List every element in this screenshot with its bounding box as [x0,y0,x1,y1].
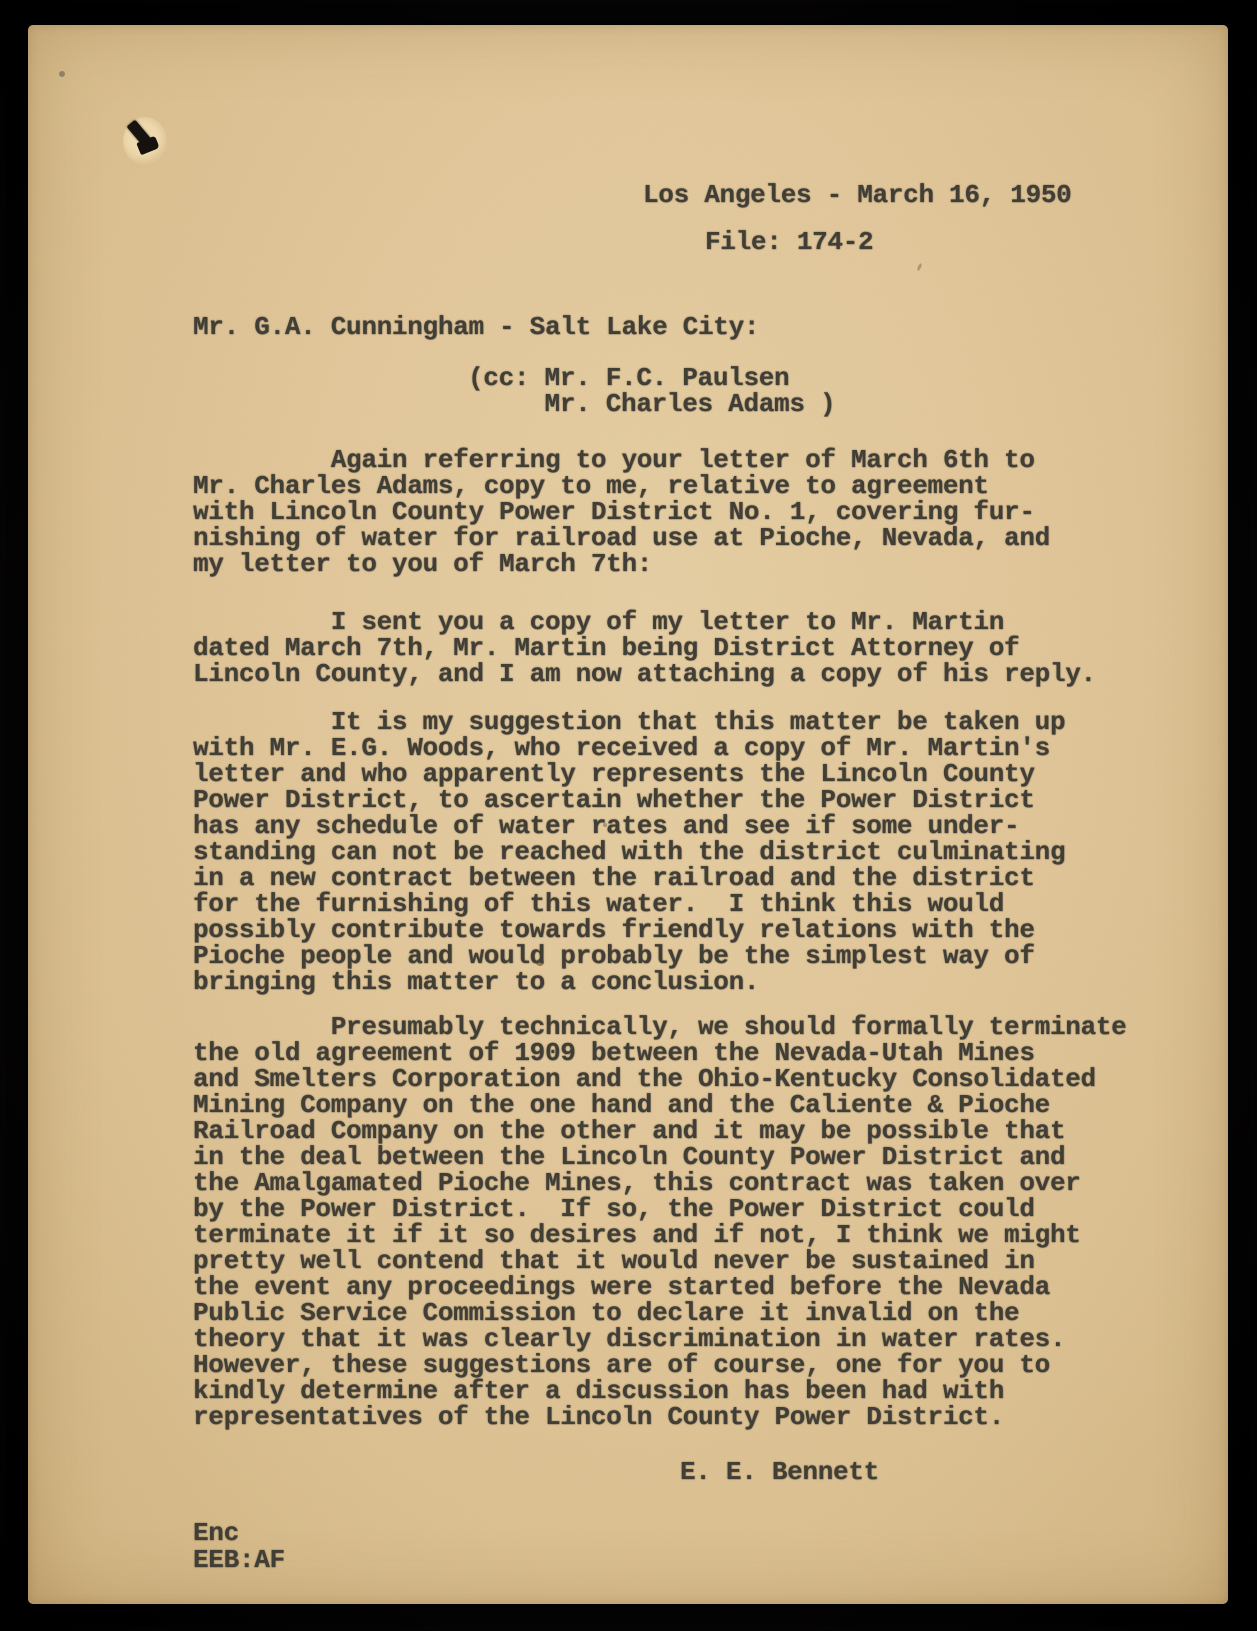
cc-block: (cc: Mr. F.C. Paulsen Mr. Charles Adams … [468,365,835,417]
body-paragraph-3: It is my suggestion that this matter be … [193,709,1065,995]
body-paragraph-4: Presumably technically, we should formal… [193,1014,1126,1430]
date-line: Los Angeles - March 16, 1950 [643,182,1071,208]
scan-background: Los Angeles - March 16, 1950 File: 174-2… [0,0,1257,1631]
addressee-line: Mr. G.A. Cunningham - Salt Lake City: [193,314,759,340]
enclosure-and-initials-block: Enc EEB:AF [193,1520,285,1574]
body-paragraph-2: I sent you a copy of my letter to Mr. Ma… [193,609,1096,687]
signature-line: E. E. Bennett [680,1459,879,1485]
paper-speck [916,263,922,272]
paper-speck [59,71,65,77]
body-paragraph-1: Again referring to your letter of March … [193,447,1050,577]
letter-page: Los Angeles - March 16, 1950 File: 174-2… [28,25,1228,1604]
file-reference-line: File: 174-2 [705,229,873,255]
